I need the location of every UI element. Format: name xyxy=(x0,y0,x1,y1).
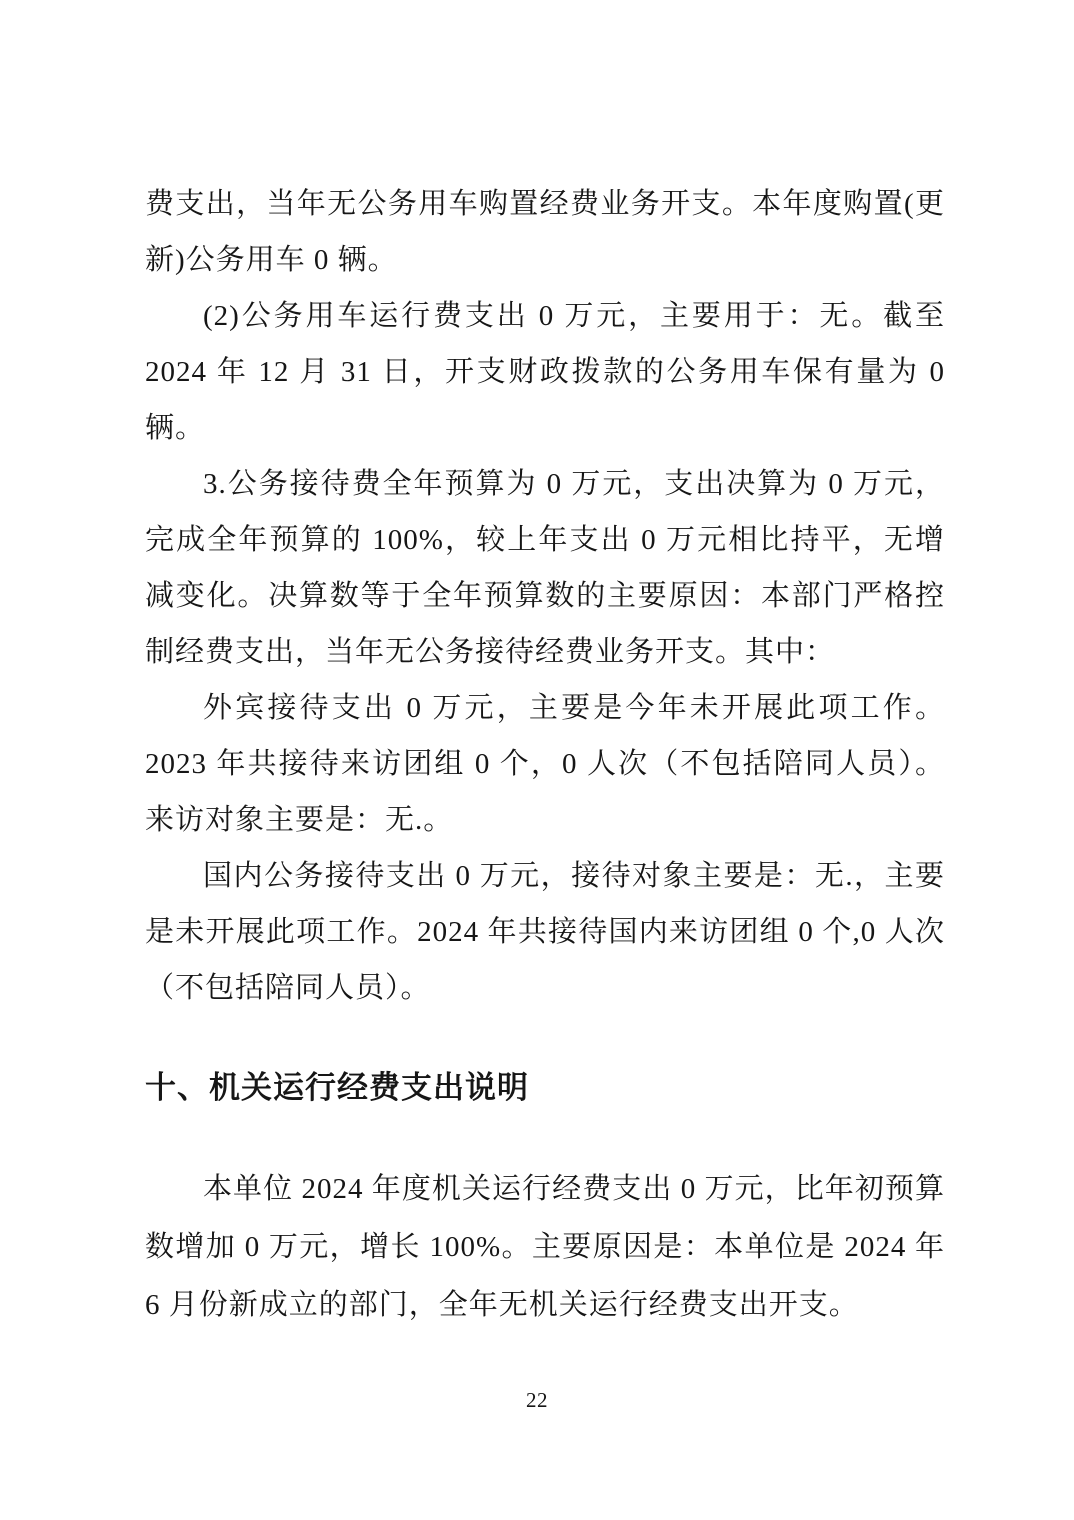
body-paragraph-foreign-guests: 外宾接待支出 0 万元，主要是今年未开展此项工作。2023 年共接待来访团组 0… xyxy=(145,680,945,848)
body-paragraph-official-reception: 3.公务接待费全年预算为 0 万元，支出决算为 0 万元，完成全年预算的 100… xyxy=(145,456,945,680)
page-number: 22 xyxy=(0,1388,1074,1413)
body-paragraph-vehicle-purchase: 费支出，当年无公务用车购置经费业务开支。本年度购置(更新)公务用车 0 辆。 xyxy=(145,176,945,288)
body-paragraph-domestic-reception: 国内公务接待支出 0 万元，接待对象主要是：无.，主要是未开展此项工作。2024… xyxy=(145,848,945,1016)
document-page: 费支出，当年无公务用车购置经费业务开支。本年度购置(更新)公务用车 0 辆。 (… xyxy=(0,0,1074,1520)
document-body: 费支出，当年无公务用车购置经费业务开支。本年度购置(更新)公务用车 0 辆。 (… xyxy=(145,176,945,1334)
body-paragraph-vehicle-operation: (2)公务用车运行费支出 0 万元，主要用于：无。截至 2024 年 12 月 … xyxy=(145,288,945,456)
body-paragraph-operating-expenses: 本单位 2024 年度机关运行经费支出 0 万元，比年初预算数增加 0 万元，增… xyxy=(145,1160,945,1334)
section-heading-operating-expenses: 十、机关运行经费支出说明 xyxy=(145,1060,945,1116)
